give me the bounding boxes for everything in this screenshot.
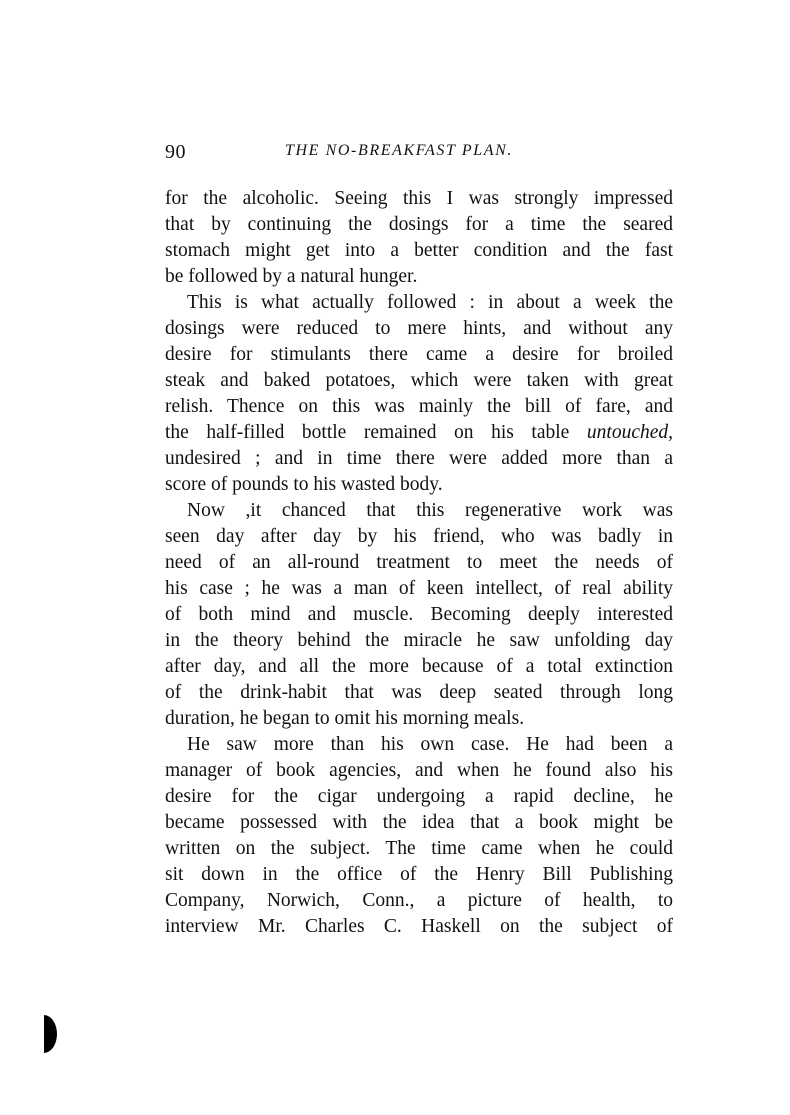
scan-edge-mark [44,1015,57,1053]
text-line: steak and baked potatoes, which were tak… [165,368,673,394]
text-line: manager of book agencies, and when he fo… [165,758,673,784]
text-line: undesired ; and in time there were added… [165,446,673,472]
text-line: stomach might get into a better conditio… [165,238,673,264]
text-line: need of an all-round treatment to meet t… [165,550,673,576]
text-line: seen day after day by his friend, who wa… [165,524,673,550]
text-line: his case ; he was a man of keen intellec… [165,576,673,602]
text-line: He saw more than his own case. He had be… [165,732,673,758]
running-title: THE NO-BREAKFAST PLAN. [285,142,513,160]
text-line: interview Mr. Charles C. Haskell on the … [165,914,673,940]
text-line: dosings were reduced to mere hints, and … [165,316,673,342]
text-line: for the alcoholic. Seeing this I was str… [165,186,673,212]
page-header: 90 THE NO-BREAKFAST PLAN. [165,141,673,167]
text-line: written on the subject. The time came wh… [165,836,673,862]
text-fragment: the half-filled bottle remained on his t… [165,422,569,443]
text-line: relish. Thence on this was mainly the bi… [165,394,673,420]
text-line: duration, he began to omit his morning m… [165,706,673,732]
text-line: be followed by a natural hunger. [165,264,673,290]
text-line: in the theory behind the miracle he saw … [165,628,673,654]
text-line: Now ,it chanced that this regenerative w… [165,498,673,524]
text-line: sit down in the office of the Henry Bill… [165,862,673,888]
text-line: score of pounds to his wasted body. [165,472,673,498]
italic-word: untouched, [587,422,673,443]
text-line: desire for stimulants there came a desir… [165,342,673,368]
text-line: of both mind and muscle. Becoming deeply… [165,602,673,628]
text-line: desire for the cigar undergoing a rapid … [165,784,673,810]
text-line: became possessed with the idea that a bo… [165,810,673,836]
text-line: Company, Norwich, Conn., a picture of he… [165,888,673,914]
text-line: This is what actually followed : in abou… [165,290,673,316]
page-number: 90 [165,141,186,164]
text-line: that by continuing the dosings for a tim… [165,212,673,238]
body-text: for the alcoholic. Seeing this I was str… [165,186,673,940]
text-line: of the drink-habit that was deep seated … [165,680,673,706]
text-line: after day, and all the more because of a… [165,654,673,680]
text-line-with-italic: the half-filled bottle remained on his t… [165,420,673,446]
